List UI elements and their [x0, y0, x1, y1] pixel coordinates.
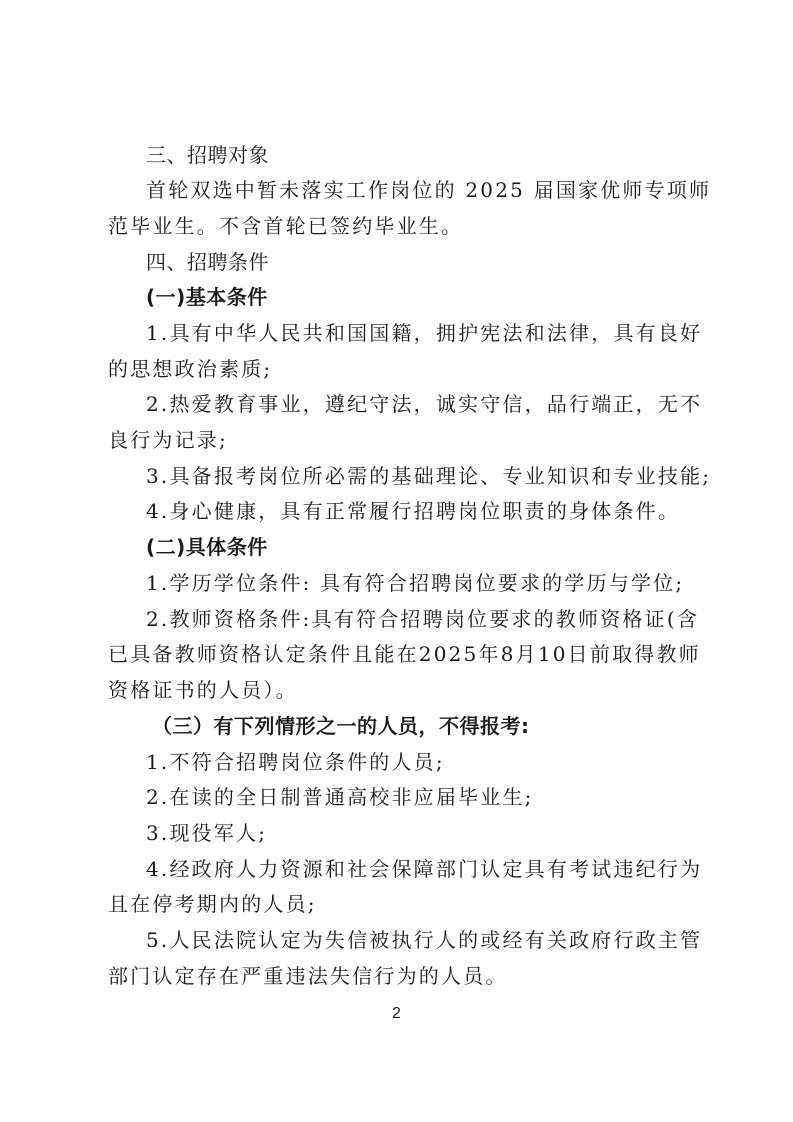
subsection-heading-specific-conditions: (二)具体条件 [146, 535, 726, 559]
list-item: 2.在读的全日制普通高校非应届毕业生; [146, 785, 726, 809]
list-item: 4.身心健康，具有正常履行招聘岗位职责的身体条件。 [146, 499, 726, 523]
list-item: 3.具备报考岗位所必需的基础理论、专业知识和专业技能; [146, 464, 726, 488]
page-number: 2 [0, 1005, 793, 1023]
subsection-heading-disqualifications: （三）有下列情形之一的人员，不得报考: [152, 714, 732, 738]
list-item: 1.学历学位条件: 具有符合招聘岗位要求的学历与学位; [146, 571, 726, 595]
list-item: 1.具有中华人民共和国国籍，拥护宪法和法律，具有良好 [146, 321, 726, 345]
list-item: 2.教师资格条件:具有符合招聘岗位要求的教师资格证(含 [146, 607, 726, 631]
list-item-continuation: 资格证书的人员）。 [108, 678, 688, 702]
list-item-continuation: 部门认定存在严重违法失信行为的人员。 [108, 964, 688, 988]
list-item-continuation: 且在停考期内的人员; [108, 892, 688, 916]
paragraph-line: 范毕业生。不含首轮已签约毕业生。 [108, 214, 688, 238]
document-page: 三、招聘对象 首轮双选中暂未落实工作岗位的 2025 届国家优师专项师 范毕业生… [0, 0, 793, 1122]
list-item-continuation: 良行为记录; [108, 428, 688, 452]
list-item-continuation: 已具备教师资格认定条件且能在2025年8月10日前取得教师 [108, 642, 688, 666]
list-item: 3.现役军人; [146, 821, 726, 845]
paragraph-line: 首轮双选中暂未落实工作岗位的 2025 届国家优师专项师 [146, 178, 726, 202]
section-heading-recruitment-conditions: 四、招聘条件 [146, 250, 726, 274]
list-item: 2.热爱教育事业，遵纪守法，诚实守信，品行端正，无不 [146, 392, 726, 416]
section-heading-recruitment-target: 三、招聘对象 [146, 143, 726, 167]
list-item: 4.经政府人力资源和社会保障部门认定具有考试违纪行为 [146, 857, 726, 881]
list-item: 5.人民法院认定为失信被执行人的或经有关政府行政主管 [146, 928, 726, 952]
list-item-continuation: 的思想政治素质; [108, 357, 688, 381]
list-item: 1.不符合招聘岗位条件的人员; [146, 750, 726, 774]
subsection-heading-basic-conditions: (一)基本条件 [146, 285, 726, 309]
